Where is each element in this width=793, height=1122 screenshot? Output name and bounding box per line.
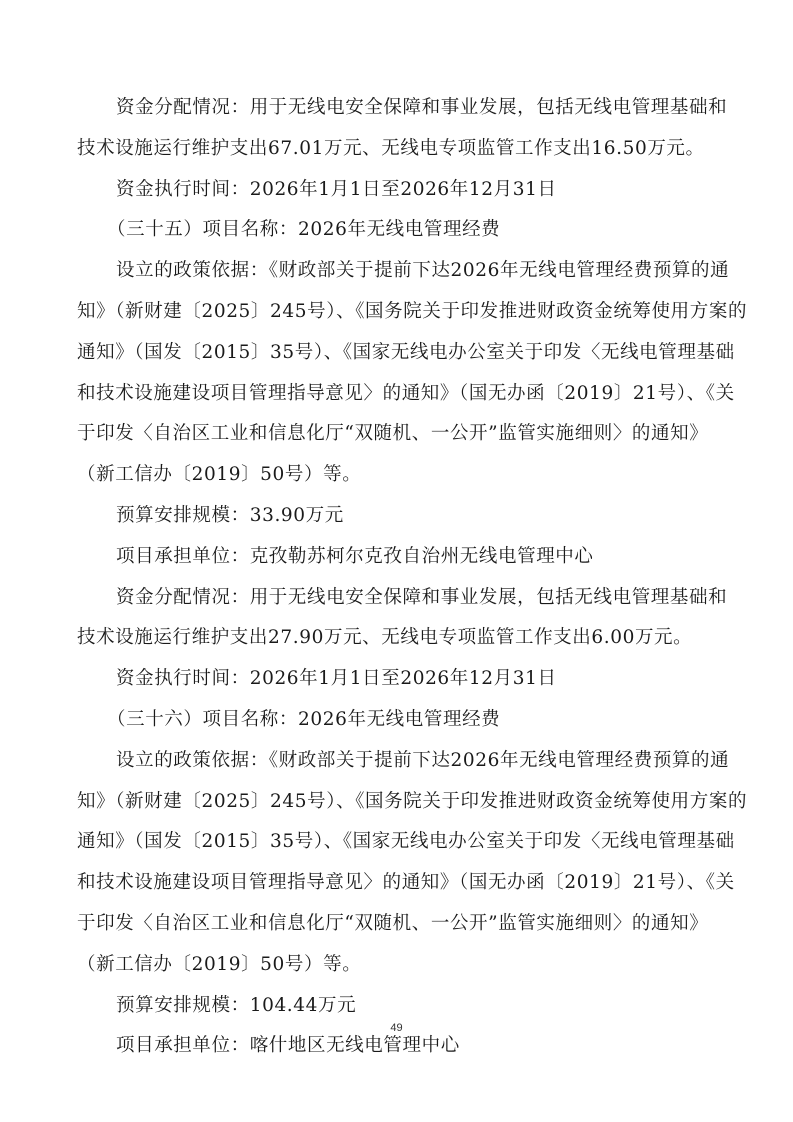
policy-basis-line-cont: 于印发〈自治区工业和信息化厅“双随机、一公开”监管实施细则〉的通知》 [77, 904, 717, 945]
policy-basis-line-cont: 和技术设施建设项目管理指导意见〉的通知》（国无办函〔2019〕21号）、《关 [77, 863, 717, 904]
project-heading-36: （三十六）项目名称：2026年无线电管理经费 [77, 700, 717, 741]
fund-execution-time: 资金执行时间：2026年1月1日至2026年12月31日 [77, 170, 717, 211]
fund-allocation-line: 资金分配情况：用于无线电安全保障和事业发展，包括无线电管理基础和 [77, 88, 717, 129]
document-page: 资金分配情况：用于无线电安全保障和事业发展，包括无线电管理基础和 技术设施运行维… [0, 0, 793, 1122]
document-body: 资金分配情况：用于无线电安全保障和事业发展，包括无线电管理基础和 技术设施运行维… [77, 88, 717, 1067]
policy-basis-line-cont: 通知》（国发〔2015〕35号）、《国家无线电办公室关于印发〈无线电管理基础 [77, 822, 717, 863]
page-number: 49 [0, 1022, 793, 1034]
responsible-unit: 项目承担单位：克孜勒苏柯尔克孜自治州无线电管理中心 [77, 537, 717, 578]
fund-allocation-line-cont: 技术设施运行维护支出27.90万元、无线电专项监管工作支出6.00万元。 [77, 618, 717, 659]
policy-basis-line: 设立的政策依据：《财政部关于提前下达2026年无线电管理经费预算的通 [77, 741, 717, 782]
fund-allocation-line: 资金分配情况：用于无线电安全保障和事业发展，包括无线电管理基础和 [77, 578, 717, 619]
policy-basis-line-cont: （新工信办〔2019〕50号）等。 [77, 455, 717, 496]
policy-basis-line-cont: 通知》（国发〔2015〕35号）、《国家无线电办公室关于印发〈无线电管理基础 [77, 333, 717, 374]
policy-basis-line: 设立的政策依据：《财政部关于提前下达2026年无线电管理经费预算的通 [77, 251, 717, 292]
budget-scale: 预算安排规模：104.44万元 [77, 986, 717, 1027]
fund-execution-time: 资金执行时间：2026年1月1日至2026年12月31日 [77, 659, 717, 700]
policy-basis-line-cont: 知》（新财建〔2025〕245号）、《国务院关于印发推进财政资金统筹使用方案的 [77, 292, 717, 333]
policy-basis-line-cont: 和技术设施建设项目管理指导意见〉的通知》（国无办函〔2019〕21号）、《关 [77, 374, 717, 415]
policy-basis-line-cont: 知》（新财建〔2025〕245号）、《国务院关于印发推进财政资金统筹使用方案的 [77, 782, 717, 823]
policy-basis-line-cont: 于印发〈自治区工业和信息化厅“双随机、一公开”监管实施细则〉的通知》 [77, 414, 717, 455]
budget-scale: 预算安排规模：33.90万元 [77, 496, 717, 537]
project-heading-35: （三十五）项目名称：2026年无线电管理经费 [77, 210, 717, 251]
fund-allocation-line-cont: 技术设施运行维护支出67.01万元、无线电专项监管工作支出16.50万元。 [77, 129, 717, 170]
policy-basis-line-cont: （新工信办〔2019〕50号）等。 [77, 945, 717, 986]
